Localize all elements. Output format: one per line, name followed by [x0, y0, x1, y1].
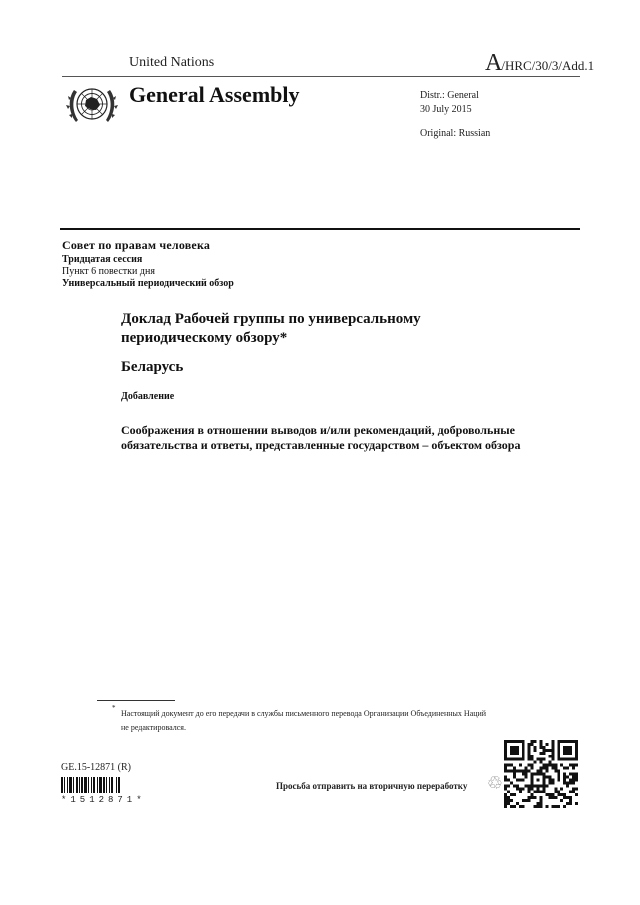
views-title: Соображения в отношении выводов и/или ре…	[121, 423, 521, 453]
un-emblem-icon	[62, 80, 122, 130]
distribution-info: Distr.: General 30 July 2015	[420, 89, 479, 117]
review-type: Универсальный периодический обзор	[62, 278, 234, 289]
addendum-label: Добавление	[121, 391, 174, 402]
section-rule	[60, 228, 580, 230]
barcode-text: *1512871*	[61, 795, 146, 805]
distribution: Distr.: General	[420, 89, 479, 103]
session: Тридцатая сессия	[62, 254, 142, 265]
agenda-item: Пункт 6 повестки дня	[62, 266, 155, 277]
symbol-prefix: A	[485, 50, 501, 76]
footnote-rule	[97, 700, 175, 701]
symbol-rest: /HRC/30/3/Add.1	[501, 58, 594, 73]
document-symbol: A/HRC/30/3/Add.1	[485, 50, 594, 77]
recycle-notice: Просьба отправить на вторичную переработ…	[276, 781, 467, 791]
footnote-text: Настоящий документ до его передачи в слу…	[121, 707, 491, 735]
org-name: United Nations	[129, 55, 214, 71]
qr-code-icon	[503, 740, 579, 808]
footnote-marker: *	[112, 704, 116, 712]
barcode-icon	[61, 777, 151, 793]
ge-number: GE.15-12871 (R)	[61, 762, 131, 773]
header-rule	[62, 76, 580, 77]
document-date: 30 July 2015	[420, 103, 479, 117]
body-title: General Assembly	[129, 82, 300, 108]
report-title: Доклад Рабочей группы по универсальному …	[121, 310, 501, 348]
country-name: Беларусь	[121, 359, 183, 376]
council-name: Совет по правам человека	[62, 238, 210, 253]
original-language: Original: Russian	[420, 128, 490, 139]
